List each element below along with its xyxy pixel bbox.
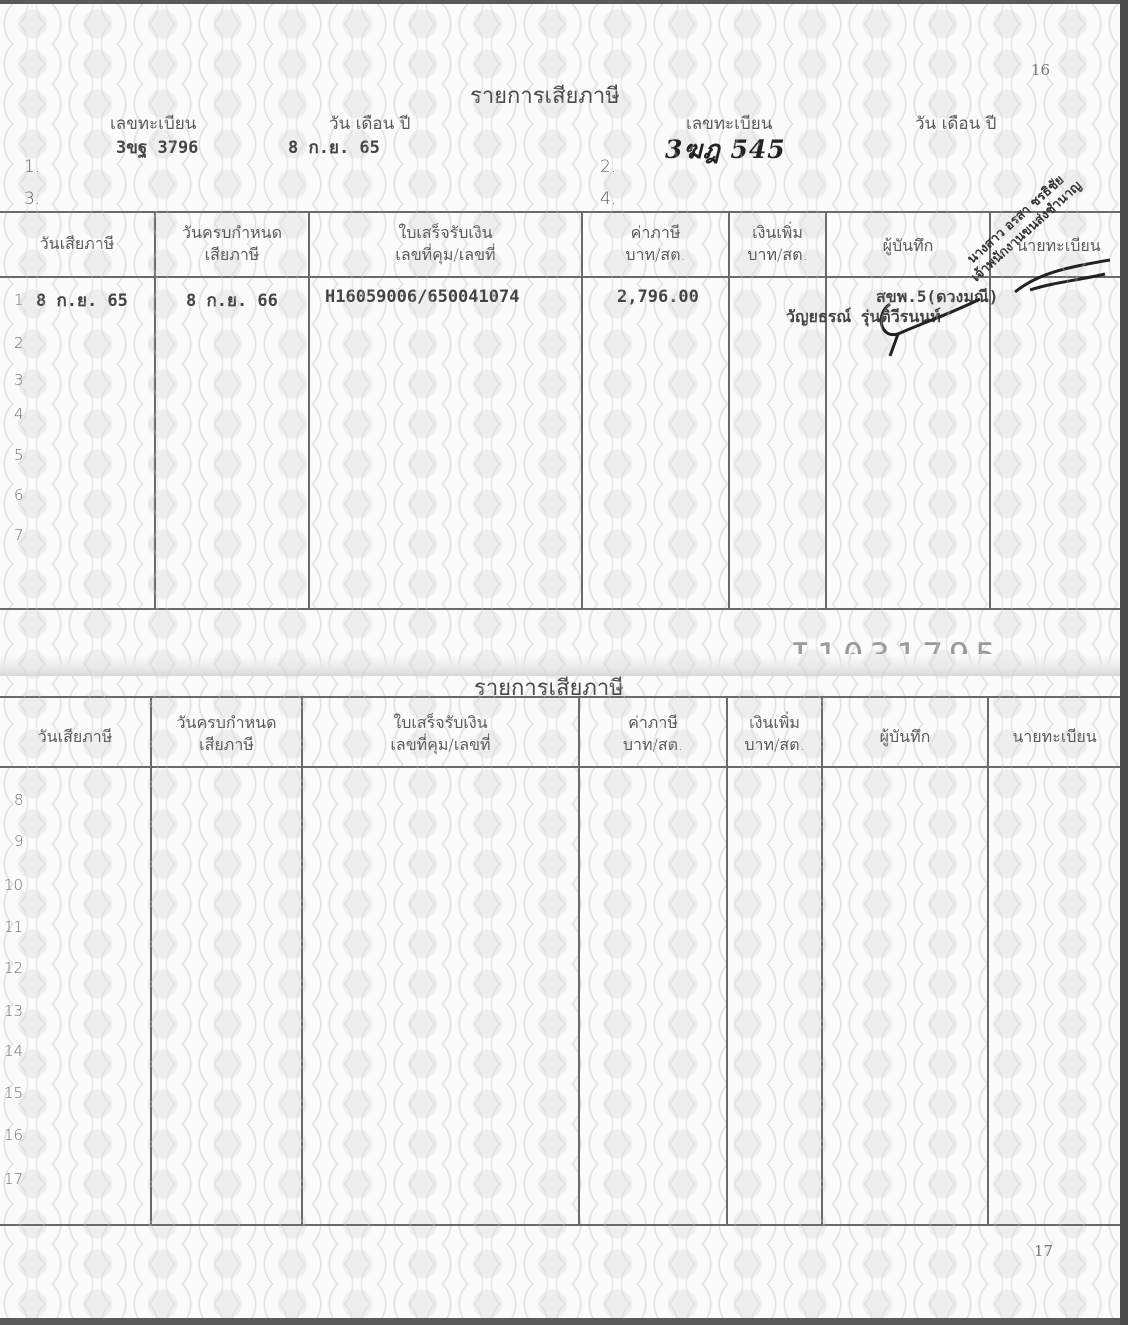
registrar-signature-icon (1010, 252, 1120, 302)
entry-index-1: 1. (24, 157, 40, 177)
row-number: 11 (4, 918, 23, 936)
page-number-bottom: 17 (1034, 1242, 1053, 1260)
entry-index-2: 2. (600, 157, 616, 177)
row-number: 15 (4, 1084, 23, 1102)
row-number: 12 (4, 959, 23, 977)
header-surcharge: เงินเพิ่มบาท/สต. (730, 222, 825, 266)
row-number: 5 (14, 446, 24, 464)
section-title-bottom: รายการเสียภาษี (474, 670, 624, 705)
header-tax-amount: ค่าภาษีบาท/สต. (583, 222, 728, 266)
tax-amount-cell: 2,796.00 (617, 287, 699, 307)
registration-1: 3ขฐ 3796 (116, 134, 198, 161)
header-tax-amount: ค่าภาษีบาท/สต. (580, 712, 726, 756)
row-number: 3 (14, 371, 24, 389)
row-number: 17 (4, 1170, 23, 1188)
registration-label-left: เลขทะเบียน (110, 110, 196, 137)
date-label-left: วัน เดือน ปี (329, 110, 410, 137)
header-receipt: ใบเสร็จรับเงินเลขที่คุม/เลขที่ (303, 712, 578, 756)
scan-border (1120, 0, 1128, 1325)
header-tax-date: วันเสียภาษี (0, 726, 150, 748)
header-tax-date: วันเสียภาษี (0, 233, 154, 255)
tax-record-booklet-page: 16 รายการเสียภาษี เลขทะเบียน วัน เดือน ป… (0, 4, 1120, 1318)
tax-date-cell: 8 ก.ย. 65 (36, 287, 128, 314)
row-number: 16 (4, 1126, 23, 1144)
row-number: 13 (4, 1002, 23, 1020)
row-number: 9 (14, 832, 24, 850)
row-number: 2 (14, 334, 24, 352)
registration-2-handwritten: 3ฆฎ 545 (665, 130, 786, 170)
signature-mark-icon (860, 294, 990, 364)
row-number: 7 (14, 526, 24, 544)
row-number: 6 (14, 486, 24, 504)
entry-index-4: 4. (600, 189, 616, 209)
header-due-date: วันครบกำหนดเสียภาษี (152, 712, 301, 756)
row-number: 4 (14, 405, 24, 423)
header-surcharge: เงินเพิ่มบาท/สต. (728, 712, 821, 756)
row-number: 1 (14, 291, 24, 309)
row-number: 8 (14, 791, 24, 809)
due-date-cell: 8 ก.ย. 66 (186, 287, 278, 314)
header-registrar: นายทะเบียน (989, 726, 1120, 748)
header-recorder: ผู้บันทึก (827, 235, 989, 257)
section-title-top: รายการเสียภาษี (470, 78, 620, 113)
header-recorder: ผู้บันทึก (823, 726, 987, 748)
entry-index-3: 3. (24, 189, 40, 209)
date-label-right: วัน เดือน ปี (915, 110, 996, 137)
header-receipt: ใบเสร็จรับเงินเลขที่คุม/เลขที่ (310, 222, 581, 266)
receipt-cell: H16059006/650041074 (325, 287, 519, 307)
page-number-top: 16 (1031, 61, 1050, 79)
registration-1-date: 8 ก.ย. 65 (288, 134, 380, 161)
row-number: 10 (4, 876, 23, 894)
header-due-date: วันครบกำหนดเสียภาษี (156, 222, 308, 266)
row-number: 14 (4, 1042, 23, 1060)
